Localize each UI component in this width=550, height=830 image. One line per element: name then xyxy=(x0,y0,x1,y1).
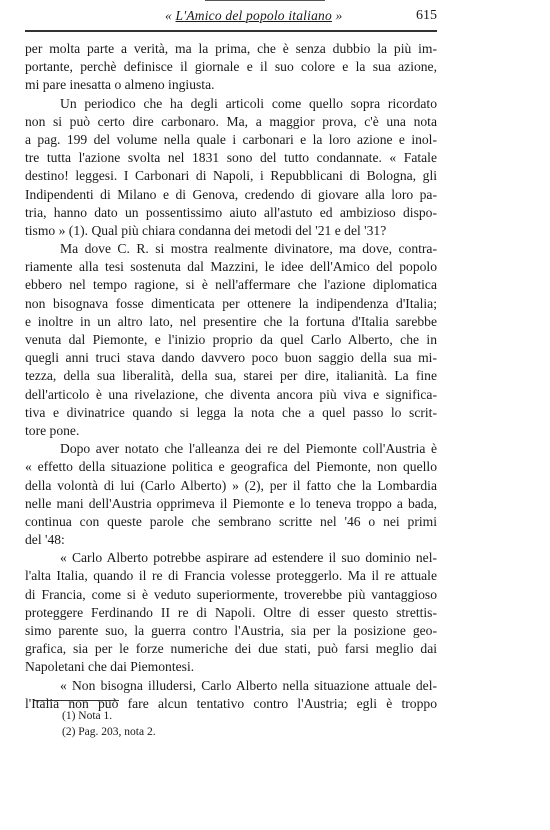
text-line: continua con queste parole che sembrano … xyxy=(25,513,437,531)
text-line: riamente alla tesi sostenuta dal Mazzini… xyxy=(25,258,437,276)
text-line: nelle mani dell'Austria opprimeva il Pie… xyxy=(25,495,437,513)
text-line: proteggere Ferdinando II re di Napoli. O… xyxy=(25,604,437,622)
text-line: Un periodico che ha degli articoli come … xyxy=(25,95,437,113)
text-line: l'alta Italia, quando il re di Francia v… xyxy=(25,567,437,585)
text-line: quegli anni truci stava dando davvero po… xyxy=(25,349,437,367)
footnote-2: (2) Pag. 203, nota 2. xyxy=(62,724,156,740)
paragraph-3: Ma dove C. R. si mostra realmente divina… xyxy=(25,240,437,440)
text-line: destino! leggesi. I Carbonari di Napoli,… xyxy=(25,167,437,185)
text-line: grafica, sia per le forze numeriche dei … xyxy=(25,640,437,658)
text-line: della volontà di lui (Carlo Alberto) » (… xyxy=(25,477,437,495)
header-rule xyxy=(25,30,437,32)
body-text: per molta parte a verità, ma la prima, c… xyxy=(25,40,437,713)
text-line: non bisognava fosse dimenticata per otte… xyxy=(25,295,437,313)
paragraph-1: per molta parte a verità, ma la prima, c… xyxy=(25,40,437,95)
text-line: Napoletani che dai Piemontesi. xyxy=(25,658,437,676)
text-line: simo parente suo, la guerra contro l'Aus… xyxy=(25,622,437,640)
text-line: per molta parte a verità, ma la prima, c… xyxy=(25,40,437,58)
paragraph-2: Un periodico che ha degli articoli come … xyxy=(25,95,437,241)
text-line: Ma dove C. R. si mostra realmente divina… xyxy=(25,240,437,258)
text-line: venuta dal Piemonte, e l'inizio proprio … xyxy=(25,331,437,349)
text-line: non si può certo dire carbonaro. Ma, a m… xyxy=(25,113,437,131)
footnote-rule xyxy=(33,700,119,701)
open-guillemet: « xyxy=(165,8,172,23)
text-line: « Carlo Alberto potrebbe aspirare ad est… xyxy=(25,549,437,567)
running-head: « L'Amico del popolo italiano » 615 xyxy=(25,6,437,28)
text-line: ebbero nel tempo ragione, si è nell'affe… xyxy=(25,276,437,294)
running-title: « L'Amico del popolo italiano » xyxy=(165,8,342,24)
paragraph-4: Dopo aver notato che l'alleanza dei re d… xyxy=(25,440,437,549)
close-guillemet: » xyxy=(336,8,343,23)
text-line: tismo » (1). Qual più chiara condanna de… xyxy=(25,222,437,240)
text-line: mi pare inesatta o almeno ingiusta. xyxy=(25,76,437,94)
footnotes: (1) Nota 1. (2) Pag. 203, nota 2. xyxy=(62,708,156,740)
running-title-text: L'Amico del popolo italiano xyxy=(176,8,332,23)
text-line: portante, perchè definisce il giornale e… xyxy=(25,58,437,76)
text-line: « effetto della situazione politica e ge… xyxy=(25,458,437,476)
top-edge-rule xyxy=(205,0,325,1)
text-line: e inoltre in un altro lato, nel presenti… xyxy=(25,313,437,331)
text-line: tiva e divinatrice quando si legga la no… xyxy=(25,404,437,422)
text-line: dell'articolo è una rivelazione, che div… xyxy=(25,386,437,404)
text-line: tore pone. xyxy=(25,422,437,440)
text-line: del '48: xyxy=(25,531,437,549)
footnote-1: (1) Nota 1. xyxy=(62,708,156,724)
text-line: Indipendenti di Milano e di Genova, cred… xyxy=(25,186,437,204)
text-line: a pag. 199 del volume nella quale i carb… xyxy=(25,131,437,149)
text-line: tezza, della sua liberalità, della sua, … xyxy=(25,367,437,385)
text-line: tria, hanno dato un possentissimo aiuto … xyxy=(25,204,437,222)
text-line: Dopo aver notato che l'alleanza dei re d… xyxy=(25,440,437,458)
text-line: « Non bisogna illudersi, Carlo Alberto n… xyxy=(25,677,437,695)
text-line: di Francia, come si è veduto superiormen… xyxy=(25,586,437,604)
paragraph-5-quote: « Carlo Alberto potrebbe aspirare ad est… xyxy=(25,549,437,676)
page-number: 615 xyxy=(416,8,437,24)
text-line: tre tutta l'azione svolta nel 1831 sono … xyxy=(25,149,437,167)
